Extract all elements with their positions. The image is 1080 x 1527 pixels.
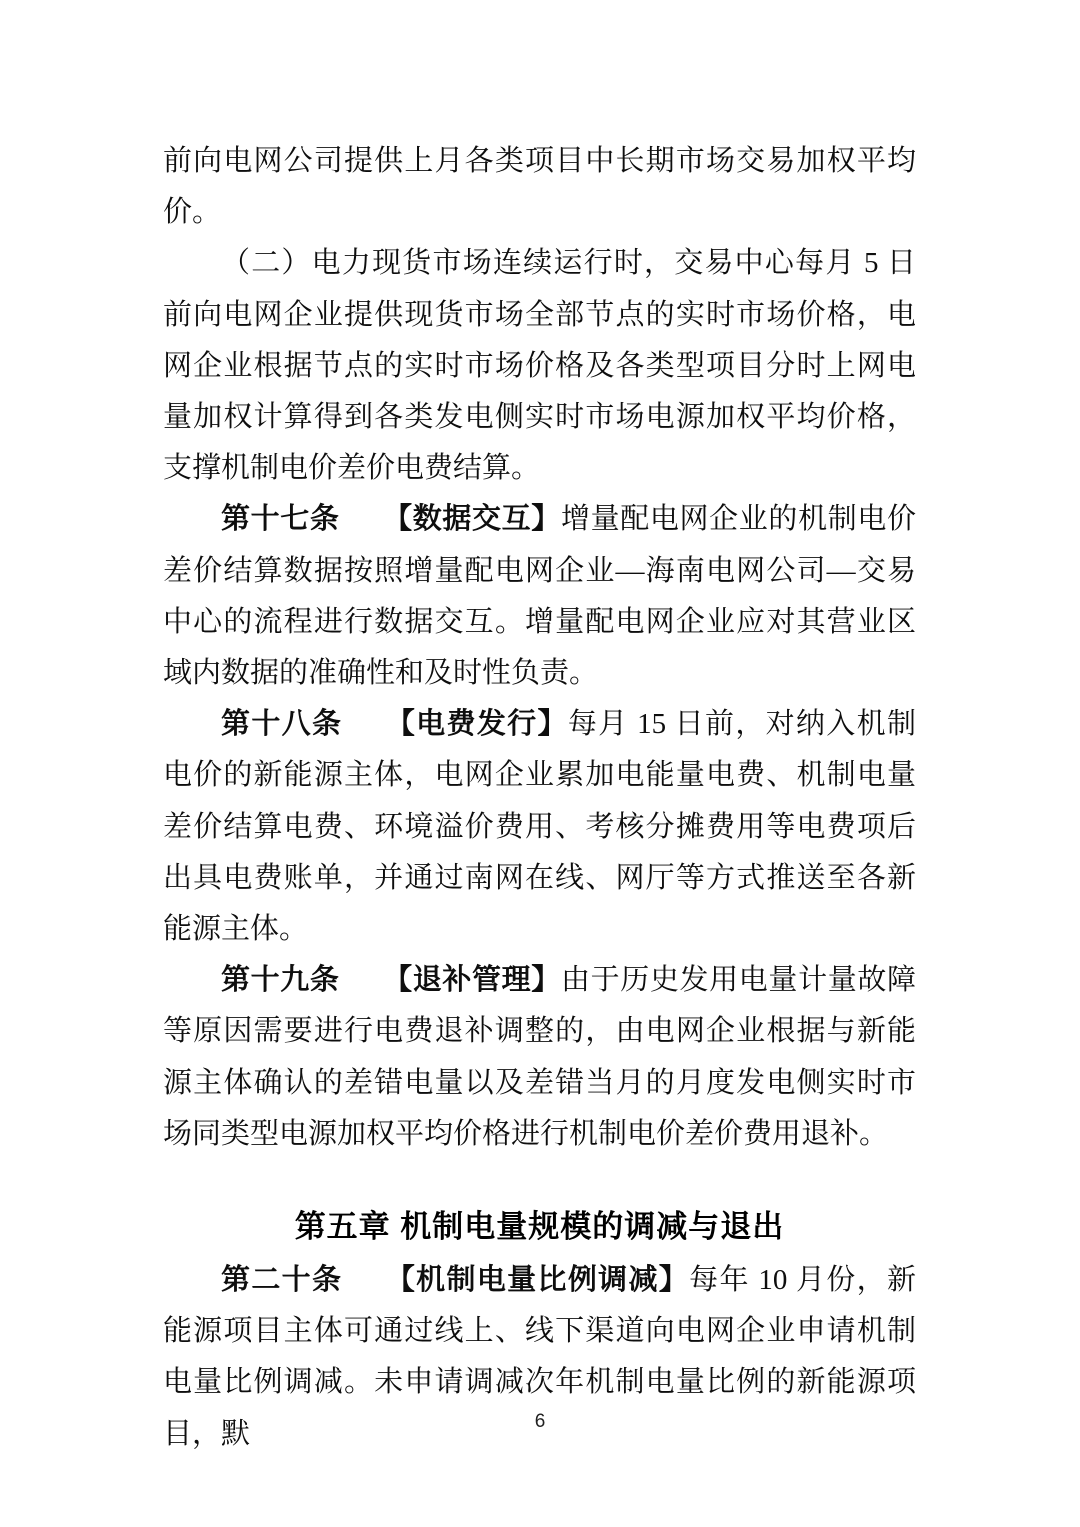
chapter-heading: 第五章 机制电量规模的调减与退出 (163, 1201, 916, 1252)
paragraph-continuation: 前向电网公司提供上月各类项目中长期市场交易加权平均价。 (163, 136, 916, 238)
article-18-number: 第十八条 (221, 708, 342, 740)
paragraph-list-item-2: （二）电力现货市场连续运行时，交易中心每月 5 日前向电网企业提供现货市场全部节… (163, 238, 916, 494)
article-20-number: 第二十条 (221, 1264, 342, 1296)
article-20-tag: 【机制电量比例调减】 (386, 1264, 689, 1296)
paragraph-article-17: 第十七条【数据交互】增量配电网企业的机制电价差价结算数据按照增量配电网企业—海南… (163, 494, 916, 699)
document-body: 前向电网公司提供上月各类项目中长期市场交易加权平均价。 （二）电力现货市场连续运… (163, 136, 916, 1460)
paragraph-article-19: 第十九条【退补管理】由于历史发用电量计量故障等原因需要进行电费退补调整的，由电网… (163, 955, 916, 1160)
article-17-number: 第十七条 (221, 503, 340, 535)
article-19-number: 第十九条 (221, 964, 340, 996)
article-19-tag: 【退补管理】 (383, 964, 561, 996)
paragraph-article-18: 第十八条【电费发行】每月 15 日前，对纳入机制电价的新能源主体，电网企业累加电… (163, 699, 916, 955)
document-page: 前向电网公司提供上月各类项目中长期市场交易加权平均价。 （二）电力现货市场连续运… (0, 0, 1080, 1527)
article-18-tag: 【电费发行】 (386, 708, 568, 740)
page-number: 6 (0, 1410, 1080, 1434)
article-18-text: 每月 15 日前，对纳入机制电价的新能源主体，电网企业累加电能量电费、机制电量差… (163, 708, 916, 945)
article-17-tag: 【数据交互】 (383, 503, 561, 535)
